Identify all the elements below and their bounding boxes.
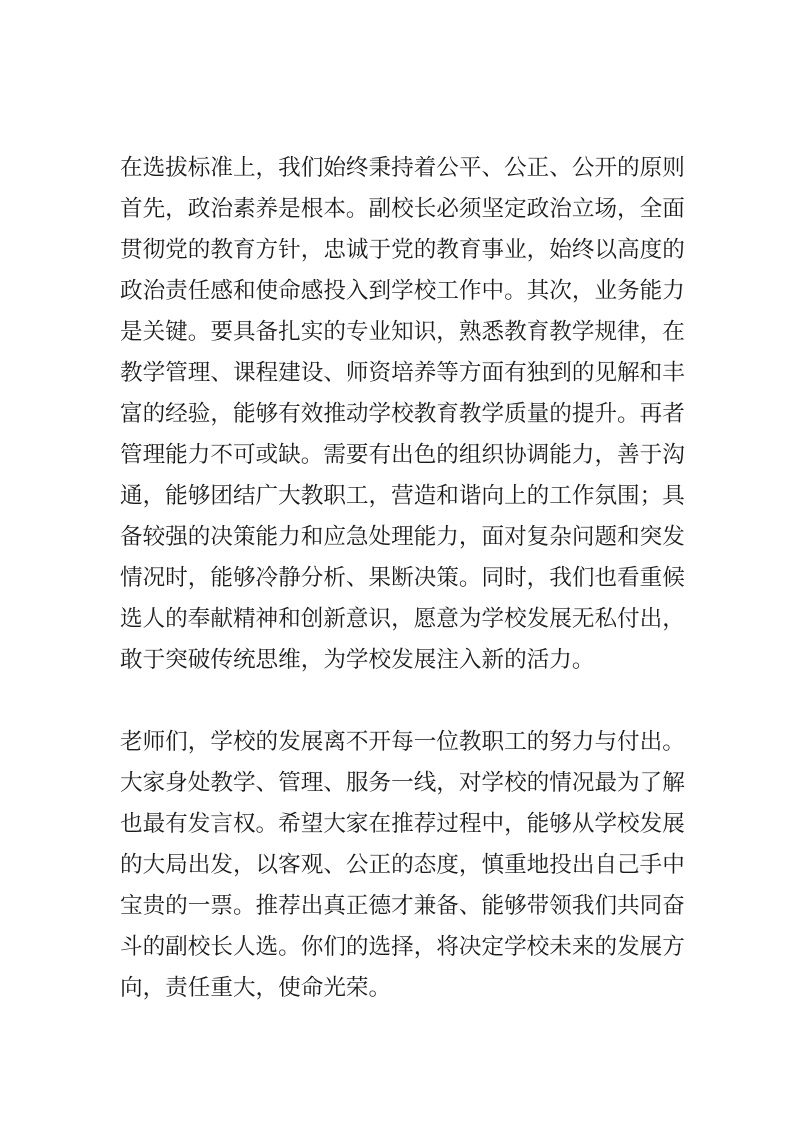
text-line: 敢于突破传统思维，为学校发展注入新的活力。: [120, 640, 680, 681]
text-line: 也最有发言权。希望大家在推荐过程中，能够从学校发展: [120, 804, 680, 845]
text-line: 情况时，能够冷静分析、果断决策。同时，我们也看重候: [120, 558, 680, 599]
text-line: 宝贵的一票。推荐出真正德才兼备、能够带领我们共同奋: [120, 886, 680, 927]
text-line: 斗的副校长人选。你们的选择，将决定学校未来的发展方: [120, 927, 680, 968]
text-line: 富的经验，能够有效推动学校教育教学质量的提升。再者: [120, 394, 680, 435]
text-line: 备较强的决策能力和应急处理能力，面对复杂问题和突发: [120, 517, 680, 558]
text-line: 政治责任感和使命感投入到学校工作中。其次，业务能力: [120, 271, 680, 312]
text-line: 向，责任重大，使命光荣。: [120, 968, 680, 1009]
text-line: 在选拔标准上，我们始终秉持着公平、公正、公开的原则: [120, 148, 680, 189]
document-page: 在选拔标准上，我们始终秉持着公平、公正、公开的原则 首先，政治素养是根本。副校长…: [120, 148, 680, 1009]
text-line: 大家身处教学、管理、服务一线，对学校的情况最为了解: [120, 763, 680, 804]
paragraph-selection-criteria: 在选拔标准上，我们始终秉持着公平、公正、公开的原则 首先，政治素养是根本。副校长…: [120, 148, 680, 681]
text-line: 教学管理、课程建设、师资培养等方面有独到的见解和丰: [120, 353, 680, 394]
text-line: 通，能够团结广大教职工，营造和谐向上的工作氛围；具: [120, 476, 680, 517]
text-line: 老师们，学校的发展离不开每一位教职工的努力与付出。: [120, 722, 680, 763]
text-line: 选人的奉献精神和创新意识，愿意为学校发展无私付出，: [120, 599, 680, 640]
text-line: 首先，政治素养是根本。副校长必须坚定政治立场，全面: [120, 189, 680, 230]
text-line: 的大局出发，以客观、公正的态度，慎重地投出自己手中: [120, 845, 680, 886]
text-line: 贯彻党的教育方针，忠诚于党的教育事业，始终以高度的: [120, 230, 680, 271]
text-line: 管理能力不可或缺。需要有出色的组织协调能力，善于沟: [120, 435, 680, 476]
paragraph-appeal-to-teachers: 老师们，学校的发展离不开每一位教职工的努力与付出。 大家身处教学、管理、服务一线…: [120, 722, 680, 1009]
text-line: 是关键。要具备扎实的专业知识，熟悉教育教学规律，在: [120, 312, 680, 353]
